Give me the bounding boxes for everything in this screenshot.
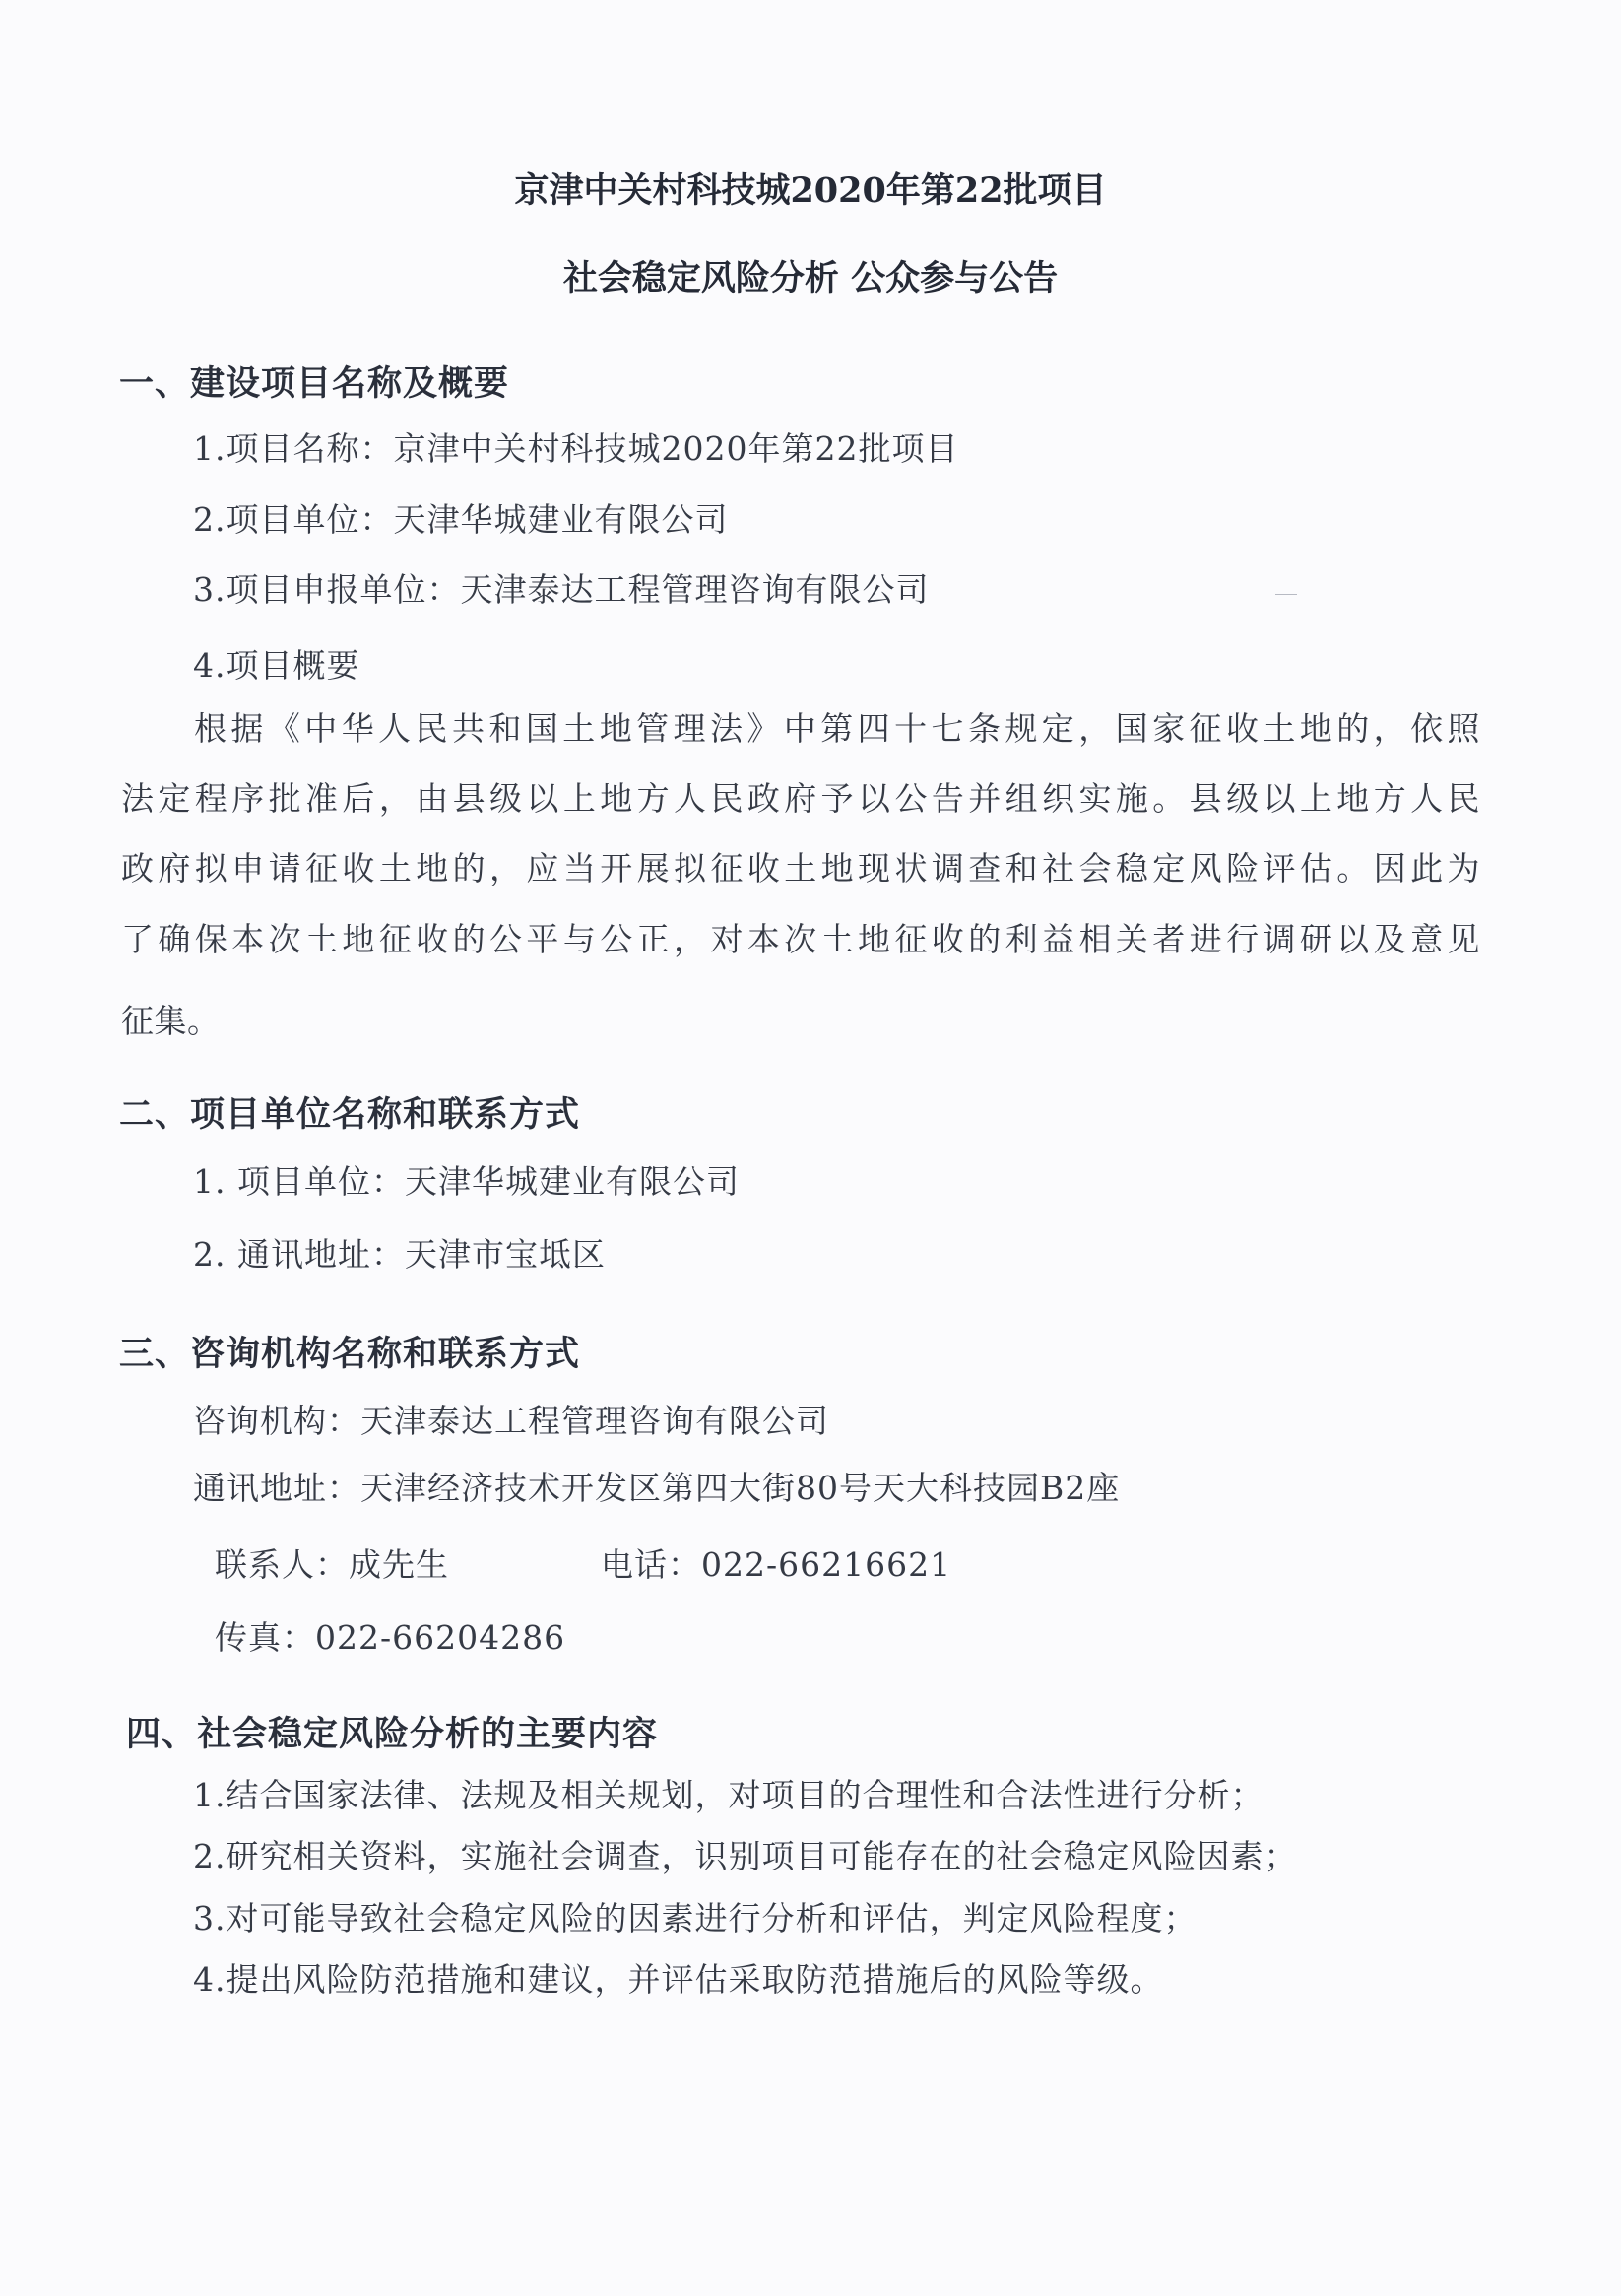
consultant-name: 咨询机构：天津泰达工程管理咨询有限公司 bbox=[193, 1405, 829, 1437]
contact-fax: 传真：022-66204286 bbox=[215, 1621, 565, 1654]
summary-paragraph-line-4: 了确保本次土地征收的公平与公正，对本次土地征收的利益相关者进行调研以及意见 bbox=[121, 923, 1480, 955]
contact-person: 联系人：成先生 bbox=[215, 1548, 449, 1581]
project-unit-item: 2.项目单位：天津华城建业有限公司 bbox=[193, 503, 729, 536]
project-name-item: 1.项目名称：京津中关村科技城2020年第22批项目 bbox=[193, 432, 958, 465]
project-applicant-item: 3.项目申报单位：天津泰达工程管理咨询有限公司 bbox=[193, 573, 930, 606]
summary-paragraph-line-2: 法定程序批准后，由县级以上地方人民政府予以公告并组织实施。县级以上地方人民 bbox=[121, 782, 1480, 815]
unit-name-item: 1. 项目单位：天津华城建业有限公司 bbox=[193, 1165, 740, 1198]
summary-paragraph-line-1: 根据《中华人民共和国土地管理法》中第四十七条规定，国家征收土地的，依照 bbox=[194, 712, 1480, 745]
consultant-address: 通讯地址：天津经济技术开发区第四大街80号天大科技园B2座 bbox=[193, 1472, 1120, 1504]
contact-phone: 电话：022-66216621 bbox=[601, 1548, 951, 1581]
section-3-heading: 三、咨询机构名称和联系方式 bbox=[119, 1337, 580, 1371]
document-title-line1: 京津中关村科技城2020年第22批项目 bbox=[0, 173, 1621, 208]
scan-artifact-mark bbox=[1275, 594, 1297, 595]
section-2-heading: 二、项目单位名称和联系方式 bbox=[119, 1097, 580, 1132]
analysis-item-3: 3.对可能导致社会稳定风险的因素进行分析和评估，判定风险程度； bbox=[193, 1902, 1198, 1935]
analysis-item-2: 2.研究相关资料，实施社会调查，识别项目可能存在的社会稳定风险因素； bbox=[193, 1840, 1298, 1872]
summary-paragraph-line-3: 政府拟申请征收土地的，应当开展拟征收土地现状调查和社会稳定风险评估。因此为 bbox=[121, 852, 1480, 885]
section-1-heading: 一、建设项目名称及概要 bbox=[119, 366, 509, 401]
unit-address-item: 2. 通讯地址：天津市宝坻区 bbox=[193, 1238, 606, 1271]
analysis-item-1: 1.结合国家法律、法规及相关规划，对项目的合理性和合法性进行分析； bbox=[193, 1779, 1264, 1811]
section-4-heading: 四、社会稳定风险分析的主要内容 bbox=[126, 1717, 658, 1751]
analysis-item-4: 4.提出风险防范措施和建议，并评估采取防范措施后的风险等级。 bbox=[193, 1963, 1164, 1996]
document-title-line2: 社会稳定风险分析 公众参与公告 bbox=[0, 261, 1621, 295]
summary-paragraph-line-5: 征集。 bbox=[121, 1005, 1480, 1037]
project-summary-item: 4.项目概要 bbox=[193, 649, 360, 682]
